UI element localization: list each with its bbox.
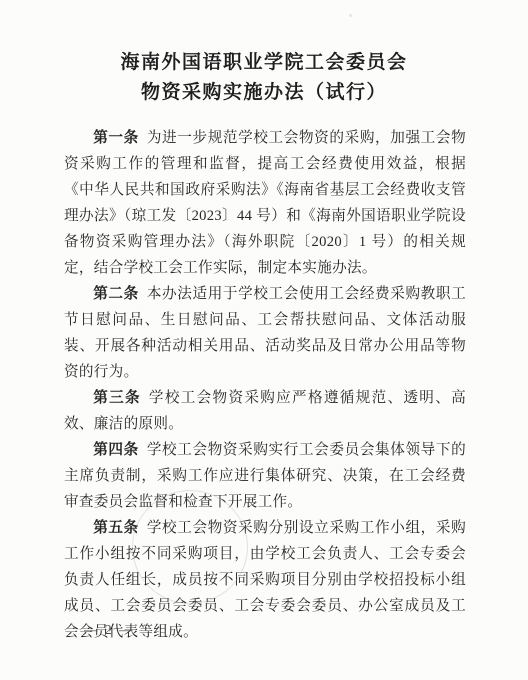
- article-number-1: 第一条: [93, 130, 139, 146]
- article-number-4: 第四条: [93, 442, 139, 458]
- article-number-3: 第三条: [93, 390, 141, 406]
- title-line-1: 海南外国语职业学院工会委员会: [0, 48, 528, 78]
- document-body: 第一条为进一步规范学校工会物资的采购，加强工会物资采购工作的管理和监督，提高工会…: [64, 125, 466, 645]
- page-number: — 2 —: [84, 622, 135, 638]
- article-paragraph-2: 第二条本办法适用于学校工会使用工会经费采购教职工节日慰问品、生日慰问品、工会帮扶…: [64, 281, 466, 385]
- article-paragraph-1: 第一条为进一步规范学校工会物资的采购，加强工会物资采购工作的管理和监督，提高工会…: [64, 125, 466, 281]
- document-page: 海南外国语职业学院工会委员会 物资采购实施办法（试行） 第一条为进一步规范学校工…: [0, 0, 528, 680]
- article-text-1: 为进一步规范学校工会物资的采购，加强工会物资采购工作的管理和监督，提高工会经费使…: [64, 130, 466, 276]
- title-line-2: 物资采购实施办法（试行）: [0, 78, 528, 108]
- article-number-5: 第五条: [93, 520, 139, 536]
- document-title: 海南外国语职业学院工会委员会 物资采购实施办法（试行）: [0, 0, 528, 108]
- article-paragraph-4: 第四条学校工会物资采购实行工会委员会集体领导下的主席负责制，采购工作应进行集体研…: [64, 437, 466, 515]
- scan-artifact-dot: [349, 14, 352, 17]
- article-paragraph-3: 第三条学校工会物资采购应严格遵循规范、透明、高效、廉洁的原则。: [64, 385, 466, 437]
- article-number-2: 第二条: [93, 286, 139, 302]
